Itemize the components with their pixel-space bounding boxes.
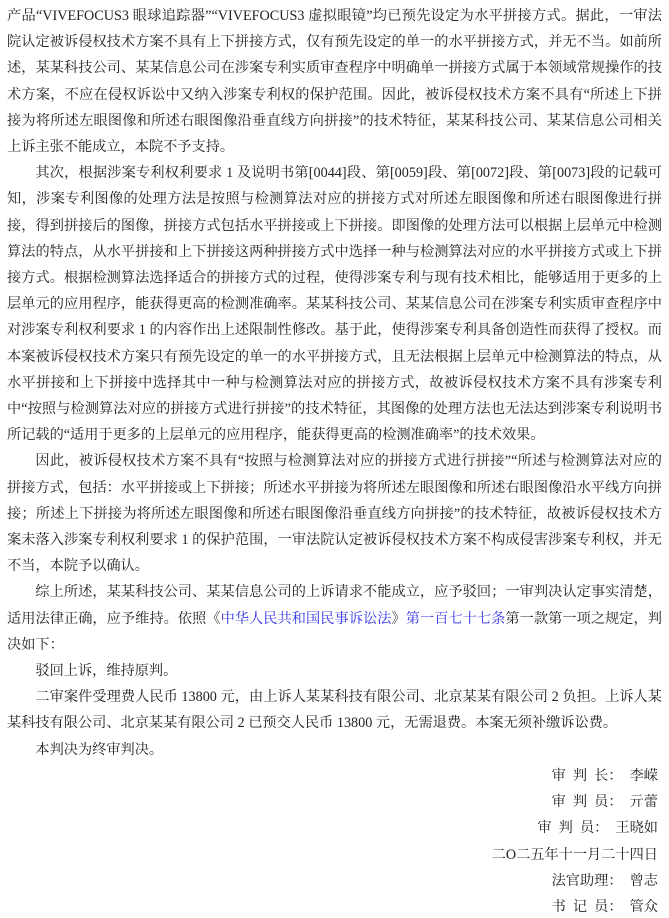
law-reference-link[interactable]: 第一百七十七条 (406, 611, 506, 627)
paragraph-2: 其次，根据涉案专利权利要求 1 及说明书第[0044]段、第[0059]段、第[… (7, 160, 662, 448)
signature-line-judge-2: 审 判 员： 王晓如 (7, 815, 658, 841)
text-segment: 本判决为终审判决。 (35, 742, 163, 758)
signature-block: 审 判 长： 李嵘审 判 员： 亓蕾审 判 员： 王晓如二O二五年十一月二十四日… (7, 763, 662, 918)
judgment-document-page: 产品“VIVEFOCUS3 眼球追踪器”“VIVEFOCUS3 虚拟眼镜”均已预… (0, 0, 669, 918)
signature-line-judge: 审 判 员： 亓蕾 (7, 789, 658, 815)
paragraph-7: 本判决为终审判决。 (7, 737, 662, 763)
text-segment: 二审案件受理费人民币 13800 元，由上诉人某某科技有限公司、北京某某有限公司… (7, 689, 662, 731)
paragraph-3: 因此，被诉侵权技术方案不具有“按照与检测算法对应的拼接方式进行拼接”“所述与检测… (7, 448, 662, 579)
paragraph-1: 产品“VIVEFOCUS3 眼球追踪器”“VIVEFOCUS3 虚拟眼镜”均已预… (7, 3, 662, 160)
signature-line-date: 二O二五年十一月二十四日 (7, 842, 658, 868)
judgment-body-text: 产品“VIVEFOCUS3 眼球追踪器”“VIVEFOCUS3 虚拟眼镜”均已预… (7, 3, 662, 763)
signature-line-presiding-judge: 审 判 长： 李嵘 (7, 763, 658, 789)
text-segment: 》 (391, 611, 405, 627)
paragraph-5: 驳回上诉，维持原判。 (7, 658, 662, 684)
signature-line-clerk: 书 记 员： 管众 (7, 894, 658, 918)
paragraph-6: 二审案件受理费人民币 13800 元，由上诉人某某科技有限公司、北京某某有限公司… (7, 684, 662, 736)
text-segment: 因此，被诉侵权技术方案不具有“按照与检测算法对应的拼接方式进行拼接”“所述与检测… (7, 453, 662, 574)
paragraph-4: 综上所述，某某科技公司、某某信息公司的上诉请求不能成立，应予驳回；一审判决认定事… (7, 579, 662, 658)
law-reference-link[interactable]: 中华人民共和国民事诉讼法 (221, 611, 392, 627)
signature-line-judge-assistant: 法官助理： 曾志 (7, 868, 658, 894)
text-segment: 驳回上诉，维持原判。 (35, 663, 177, 679)
text-segment: 其次，根据涉案专利权利要求 1 及说明书第[0044]段、第[0059]段、第[… (7, 165, 662, 443)
text-segment: 产品“VIVEFOCUS3 眼球追踪器”“VIVEFOCUS3 虚拟眼镜”均已预… (7, 8, 662, 155)
